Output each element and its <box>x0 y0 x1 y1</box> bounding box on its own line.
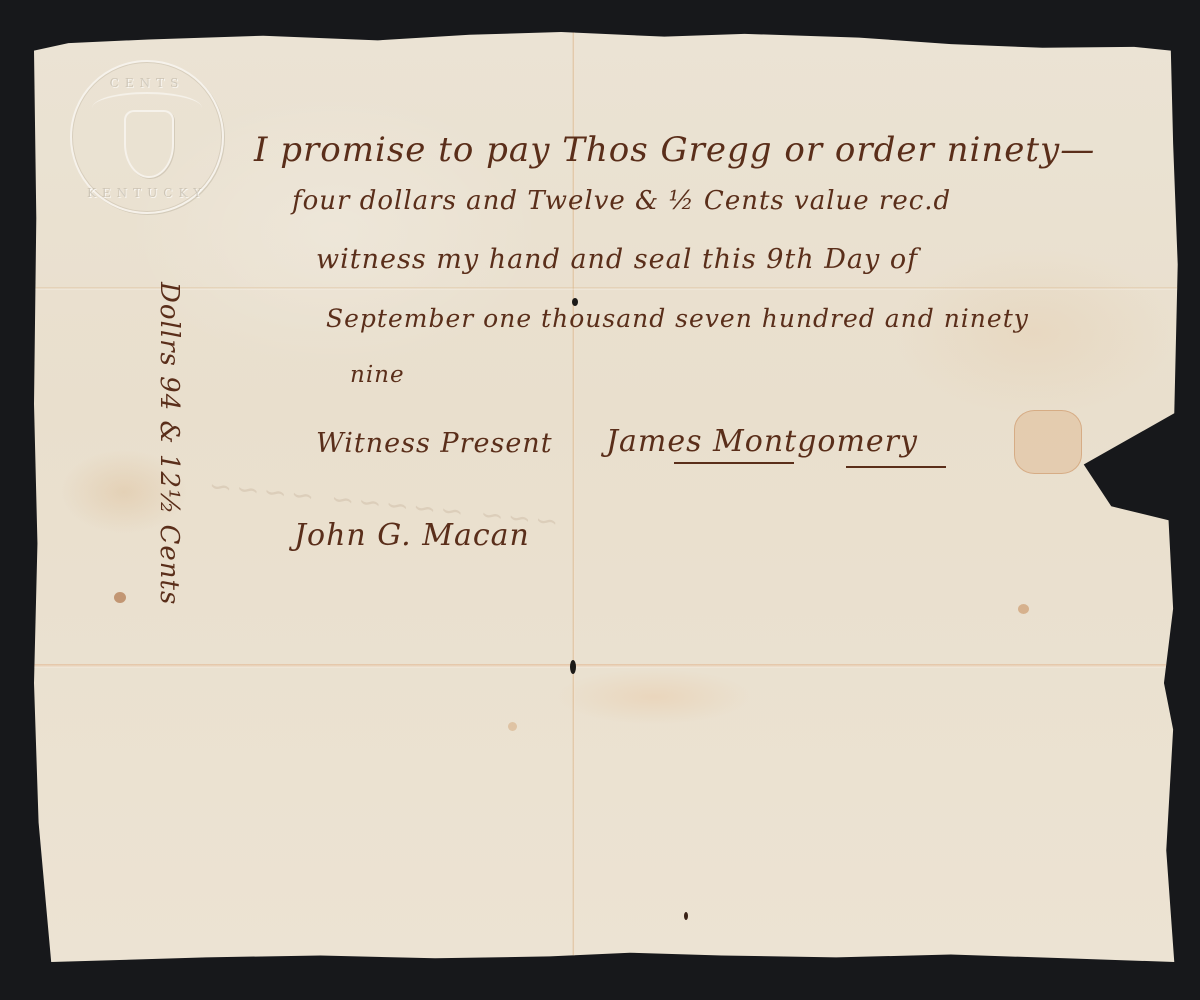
foxing-spot <box>1018 604 1029 614</box>
note-line-4: September one thousand seven hundred and… <box>326 304 1029 333</box>
horizontal-fold-crease-upper <box>34 287 1180 290</box>
signature-underline <box>846 466 946 468</box>
signature-underline <box>674 462 794 464</box>
foxing-spot <box>508 722 517 731</box>
horizontal-fold-crease-lower <box>34 664 1180 668</box>
witness-present-label: Witness Present <box>316 428 553 459</box>
seal-bottom-text: KENTUCKY <box>72 186 222 200</box>
document-paper: CENTS KENTUCKY ~~~ ~~~~~ ~~~~ I promise … <box>34 32 1180 962</box>
signer-signature: James Montgomery <box>606 424 918 459</box>
margin-amount-note: Dollrs 94 & 12½ Cents <box>154 282 184 605</box>
seal-top-text: CENTS <box>72 76 222 90</box>
note-line-1: I promise to pay Thos Gregg or order nin… <box>254 130 1095 170</box>
note-line-2: four dollars and Twelve & ½ Cents value … <box>292 186 951 216</box>
wax-seal-remnant <box>1014 410 1082 474</box>
ink-stain <box>114 592 126 603</box>
note-line-3: witness my hand and seal this 9th Day of <box>316 244 918 275</box>
embossed-kentucky-revenue-stamp: CENTS KENTUCKY <box>70 60 224 214</box>
pinhole <box>570 660 576 674</box>
shield-icon <box>124 110 174 178</box>
witness-signature: John G. Macan <box>294 518 530 553</box>
ink-speck <box>684 912 688 920</box>
note-line-5: nine <box>350 362 405 388</box>
vertical-fold-crease <box>572 32 575 962</box>
